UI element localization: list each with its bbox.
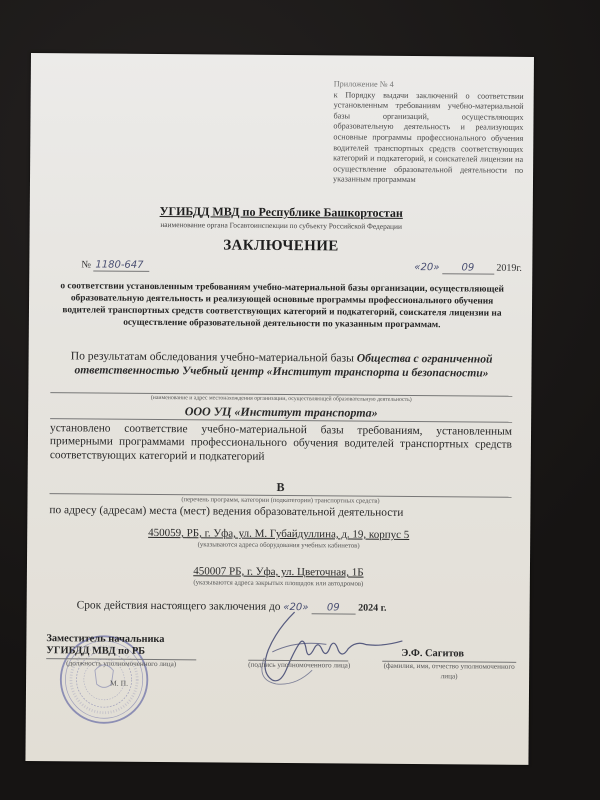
signatory-name: Э.Ф. Сагитов [401, 648, 464, 659]
address-intro: по адресу (адресам) места (мест) ведения… [49, 504, 511, 520]
document-page: Приложение № 4 к Порядку выдачи заключен… [25, 53, 534, 765]
results-intro: По результатам обследования учебно-матер… [71, 349, 357, 364]
established-paragraph: установлено соответствие учебно-материал… [50, 422, 512, 466]
position-line-1: Заместитель начальника [46, 633, 164, 646]
appendix-block: Приложение № 4 к Порядку выдачи заключен… [333, 79, 524, 186]
appendix-body: к Порядку выдачи заключений о соответств… [333, 90, 524, 187]
conclusion-subject: о соответствии установленным требованиям… [53, 280, 511, 332]
number-value: 1180-647 [93, 259, 149, 271]
address-training-ground: 450007 РБ, г. Уфа, ул. Цветочная, 1Б [27, 564, 530, 580]
position-line-2: УГИБДД МВД по РБ [46, 645, 164, 658]
issue-date: «20» 09 2019г. [414, 262, 522, 275]
document-number: № 1180-647 [81, 259, 149, 271]
signature-caption: (подпись уполномоченного лица) [234, 661, 364, 672]
results-paragraph: По результатам обследования учебно-матер… [50, 349, 512, 381]
address-classrooms: 450059, РБ, г. Уфа, ул. М. Губайдуллина,… [27, 526, 530, 542]
issue-day: «20» [414, 262, 439, 273]
issue-month: 09 [442, 262, 494, 274]
issue-year: 2019г. [496, 263, 522, 274]
name-caption: (фамилия, имя, отчество уполномоченного … [382, 662, 516, 682]
number-prefix: № [81, 259, 91, 270]
position-caption: (должность уполномоченного лица) [46, 659, 196, 668]
document-title: ЗАКЛЮЧЕНИЕ [29, 236, 532, 257]
seal-mark: М. П. [110, 679, 128, 688]
address-training-ground-caption: (указываются адреса закрытых площадок ил… [27, 578, 530, 589]
signatory-position: Заместитель начальника УГИБДД МВД по РБ [46, 633, 164, 658]
address-classrooms-caption: (указываются адреса оборудования учебных… [27, 540, 530, 551]
signature-icon [216, 609, 407, 690]
